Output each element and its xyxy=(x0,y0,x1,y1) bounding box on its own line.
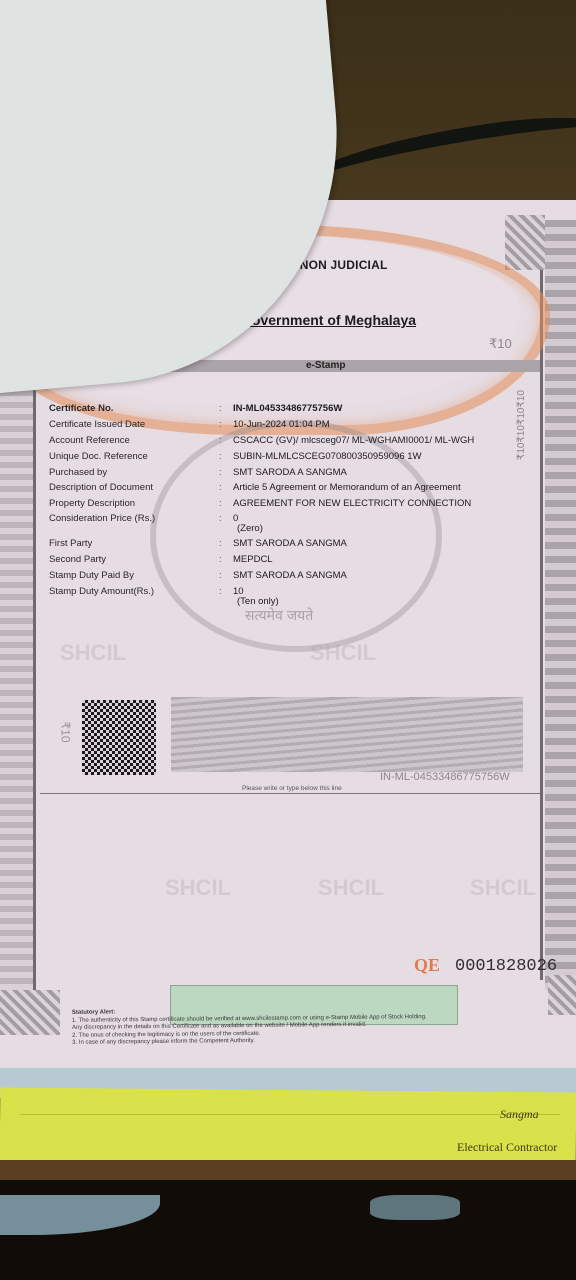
corner-ornament-bottom-right xyxy=(548,975,576,1015)
write-below-label: Please write or type below this line xyxy=(238,785,346,792)
row-label: First Party xyxy=(49,538,219,549)
row-purchased-by: Purchased by:SMT SARODA A SANGMA xyxy=(49,467,347,478)
row-label: Consideration Price (Rs.) xyxy=(49,513,219,524)
row-value: Article 5 Agreement or Memorandum of an … xyxy=(233,482,461,493)
government-name: Government of Meghalaya xyxy=(241,312,416,328)
right-ornamental-border xyxy=(545,220,576,990)
row-label: Unique Doc. Reference xyxy=(49,451,219,462)
vertical-denomination-strip: ₹10₹10₹10₹10 xyxy=(516,380,530,460)
colon: : xyxy=(219,586,233,597)
row-subvalue: (Ten only) xyxy=(237,596,279,607)
row-stamp-duty-amount: Stamp Duty Amount(Rs.):10 (Ten only) xyxy=(49,586,279,607)
watermark-text: SHCIL xyxy=(470,875,536,901)
row-value: SUBIN-MLMLCSCEG070800350959096 1W xyxy=(233,451,422,462)
row-property-description: Property Description:AGREEMENT FOR NEW E… xyxy=(49,498,471,509)
row-value: SMT SARODA A SANGMA xyxy=(233,538,347,549)
row-label: Purchased by xyxy=(49,467,219,478)
row-second-party: Second Party:MEPDCL xyxy=(49,554,273,565)
qr-code xyxy=(82,700,156,775)
security-wave-pattern xyxy=(171,697,523,772)
colon: : xyxy=(219,467,233,478)
watermark-text: SHCIL xyxy=(310,640,376,666)
row-unique-doc-reference: Unique Doc. Reference:SUBIN-MLMLCSCEG070… xyxy=(49,451,422,462)
row-label: Certificate No. xyxy=(49,403,219,414)
colon: : xyxy=(219,570,233,581)
estamp-label: e-Stamp xyxy=(306,360,345,371)
serial-prefix: QE xyxy=(414,955,440,976)
colon: : xyxy=(219,419,233,430)
folder-name-text: Sangma xyxy=(500,1107,539,1122)
row-value: MEPDCL xyxy=(233,554,273,565)
row-description-of-document: Description of Document:Article 5 Agreem… xyxy=(49,482,461,493)
colon: : xyxy=(219,482,233,493)
seal-motto: सत्यमेव जयते xyxy=(245,606,313,625)
folder-fold xyxy=(20,1096,560,1115)
table-edge xyxy=(0,1160,576,1182)
colon: : xyxy=(219,498,233,509)
serial-number: 0001828026 xyxy=(455,957,557,976)
row-value: SMT SARODA A SANGMA xyxy=(233,570,347,581)
row-certificate-no: Certificate No.:IN-ML04533486775756W xyxy=(49,403,342,414)
row-first-party: First Party:SMT SARODA A SANGMA xyxy=(49,538,347,549)
row-label: Second Party xyxy=(49,554,219,565)
row-consideration-price: Consideration Price (Rs.):0 (Zero) xyxy=(49,513,263,534)
ghost-certificate-number: IN-ML-04533486775756W xyxy=(380,771,510,783)
write-below-line xyxy=(40,793,540,794)
row-value: IN-ML04533486775756W xyxy=(233,403,342,414)
row-label: Stamp Duty Paid By xyxy=(49,570,219,581)
side-denomination: ₹10 xyxy=(58,722,72,743)
row-label: Certificate Issued Date xyxy=(49,419,219,430)
row-value: AGREEMENT FOR NEW ELECTRICITY CONNECTION xyxy=(233,498,471,509)
left-border-line xyxy=(33,390,36,1020)
row-subvalue: (Zero) xyxy=(237,523,263,534)
floor-light xyxy=(370,1195,460,1220)
colon: : xyxy=(219,554,233,565)
left-ornamental-border xyxy=(0,390,34,1020)
denomination: ₹10 xyxy=(489,336,512,352)
row-label: Description of Document xyxy=(49,482,219,493)
watermark-text: SHCIL xyxy=(165,875,231,901)
watermark-text: SHCIL xyxy=(318,875,384,901)
row-value: CSCACC (GV)/ mlcsceg07/ ML-WGHAMI0001/ M… xyxy=(233,435,474,446)
corner-ornament-bottom-left xyxy=(0,990,60,1035)
corner-ornament-top-right xyxy=(505,215,545,270)
colon: : xyxy=(219,538,233,549)
right-border-line xyxy=(540,260,543,980)
colon: : xyxy=(219,513,233,524)
row-account-reference: Account Reference:CSCACC (GV)/ mlcsceg07… xyxy=(49,435,474,446)
row-label: Property Description xyxy=(49,498,219,509)
folder-title-text: Electrical Contractor xyxy=(457,1140,557,1155)
statutory-alert: Statutory Alert: 1. The authenticity of … xyxy=(72,1006,427,1047)
colon: : xyxy=(219,403,233,414)
row-issued-date: Certificate Issued Date:10-Jun-2024 01:0… xyxy=(49,419,330,430)
colon: : xyxy=(219,435,233,446)
row-value: 10-Jun-2024 01:04 PM xyxy=(233,419,330,430)
colon: : xyxy=(219,451,233,462)
watermark-text: SHCIL xyxy=(60,640,126,666)
row-label: Account Reference xyxy=(49,435,219,446)
row-label: Stamp Duty Amount(Rs.) xyxy=(49,586,219,597)
row-value: SMT SARODA A SANGMA xyxy=(233,467,347,478)
row-stamp-duty-paid-by: Stamp Duty Paid By:SMT SARODA A SANGMA xyxy=(49,570,347,581)
